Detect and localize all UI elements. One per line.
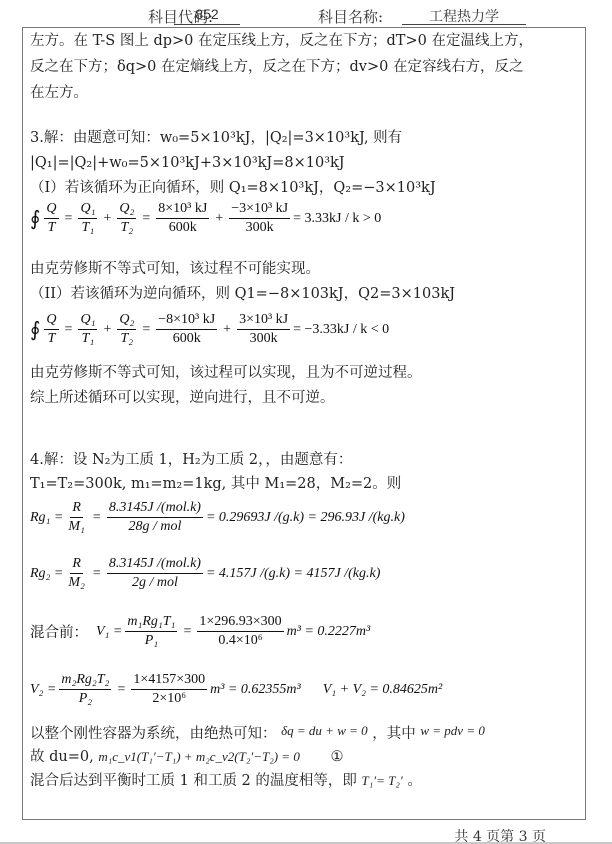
subject-name-value: 工程热力学 [402,6,526,25]
equilibrium-end: 。 [407,773,422,789]
frac-num: m₁Rg₁T₁ [125,614,177,632]
subject-code-value: 852 [174,6,240,25]
equation-lhs: V₁ = [96,624,122,640]
frac-den: T₁ [80,219,97,236]
frac-num: Q₂ [117,201,136,219]
frac-den: 2×10⁶ [150,690,188,707]
frac-den: 2g / mol [130,574,180,591]
q4-v1-equation: 混合前： V₁ = m₁Rg₁T₁P₁ = 1×296.93×3000.4×10… [30,614,370,649]
frac-num: 8.3145J /(mol.k) [107,556,203,574]
frac-num: Q₁ [78,201,97,219]
equation-lhs: V₂ = [30,682,56,698]
page-header: 科目代码: 852 科目名称: 工程热力学 [0,6,612,26]
equilibrium-text: 混合后达到平衡时工质 1 和工质 2 的温度相等，即 [30,773,357,789]
q4-rg1-equation: Rg₁ = RM₁ = 8.3145J /(mol.k)28g / mol = … [30,500,405,535]
q4-line-1: 4.解：设 N₂为工质 1，H₂为工质 2，，由题意有： [30,451,352,469]
work-equation: w = pdv = 0 [420,723,485,738]
frac-den: 600k [167,219,199,236]
frac-num: 1×4157×300 [131,672,207,690]
q3-line-2: |Q₁|=|Q₂|+w₀=5×10³kJ+3×10³kJ=8×10³kJ [30,154,345,172]
q3-line-4: （II）若该循环为逆向循环，则 Q1=−8×103kJ，Q2=3×103kJ [30,285,455,303]
equation-result: m³ = 0.62355m³ [210,682,301,698]
frac-den: M₂ [66,574,87,591]
frac-den: T₂ [119,219,136,236]
q4-equilibrium-line: 混合后达到平衡时工质 1 和工质 2 的温度相等，即 T₁′= T₂′ 。 [30,772,422,790]
frac-den: 600k [171,330,203,347]
energy-prefix: 故 du=0, [30,749,94,765]
equation-number-1: ① [330,749,343,765]
frac-num: 3×10³ kJ [237,312,290,330]
frac-num: m₂Rg₂T₂ [59,672,111,690]
q3-conclusion-2: 由克劳修斯不等式可知，该过程可以实现，且为不可逆过程。 [30,364,422,382]
frac-num: −3×10³ kJ [229,201,290,219]
frac-den: M₁ [66,518,87,535]
frac-den: 300k [248,330,280,347]
q4-energy-line: 故 du=0, m₁c_v1(T₁′−T₁) + m₂c_v2(T₂′−T₂) … [30,748,343,766]
frac-den: P₁ [143,632,160,649]
frac-num: 8×10³ kJ [156,201,209,219]
frac-num: Q [44,312,58,330]
equation-result: = −3.33kJ / k < 0 [293,322,389,338]
equation-result: = 3.33kJ / k > 0 [293,211,381,227]
energy-equation: m₁c_v1(T₁′−T₁) + m₂c_v2(T₂′−T₂) = 0 [98,749,300,764]
frac-num: R [70,500,83,518]
frac-den: 300k [244,219,276,236]
q3-equation-2: ∮ QT = Q₁T₁ + Q₂T₂ = −8×10³ kJ600k + 3×1… [30,312,389,347]
equation-result: = 4.157J /(g.k) = 4157J /(kg.k) [206,566,380,582]
equation-prefix: 混合前： [30,621,88,642]
frac-num: Q₂ [117,312,136,330]
frac-num: Q [44,201,58,219]
intro-line-1: 左方。在 T-S 图上 dp>0 在定压线上方，反之在下方；dT>0 在定温线上… [30,32,533,50]
equilibrium-equation: T₁′= T₂′ [362,773,403,788]
frac-den: T [46,219,58,236]
equation-lhs: Rg₂ = [30,566,63,582]
q4-system-line: 以整个刚性容器为系统，由绝热可知： δq = du + w = 0 ，其中 w … [30,722,485,743]
equation-result: m³ = 0.2227m³ [287,624,371,640]
q4-line-2: T₁=T₂=300k, m₁=m₂=1kg, 其中 M₁=28，M₂=2。则 [30,475,401,493]
q3-equation-1: ∮ QT = Q₁T₁ + Q₂T₂ = 8×10³ kJ600k + −3×1… [30,201,381,236]
q4-v2-equation: V₂ = m₂Rg₂T₂P₂ = 1×4157×3002×10⁶ m³ = 0.… [30,672,442,707]
frac-den: T₂ [119,330,136,347]
frac-den: T [46,330,58,347]
subject-name-label: 科目名称: [318,6,383,27]
frac-num: −8×10³ kJ [156,312,217,330]
frac-den: T₁ [80,330,97,347]
frac-num: Q₁ [78,312,97,330]
contour-integral-icon: ∮ [30,206,40,231]
system-mid-text: ，其中 [372,726,416,742]
equation-result: = 0.29693J /(g.k) = 296.93J /(kg.k) [206,510,405,526]
contour-integral-icon: ∮ [30,317,40,342]
q3-line-3: （I）若该循环为正向循环，则 Q₁=8×10³kJ，Q₂=−3×10³kJ [30,179,436,197]
volume-sum: V₁ + V₂ = 0.84625m² [323,682,443,698]
adiabatic-equation: δq = du + w = 0 [281,723,368,738]
frac-den: 28g / mol [126,518,183,535]
frac-den: 0.4×10⁶ [216,632,264,649]
frac-num: R [70,556,83,574]
frac-num: 1×296.93×300 [197,614,283,632]
q3-summary: 综上所述循环可以实现，逆向进行，且不可逆。 [30,389,335,407]
q4-rg2-equation: Rg₂ = RM₂ = 8.3145J /(mol.k)2g / mol = 4… [30,556,380,591]
q3-line-1: 3.解：由题意可知：w₀=5×10³kJ，|Q₂|=3×10³kJ, 则有 [30,129,402,147]
equation-lhs: Rg₁ = [30,510,63,526]
q3-conclusion-1: 由克劳修斯不等式可知，该过程不可能实现。 [30,260,320,278]
system-text: 以整个刚性容器为系统，由绝热可知： [30,726,277,742]
frac-den: P₂ [77,690,94,707]
intro-line-3: 在左方。 [30,84,88,102]
frac-num: 8.3145J /(mol.k) [107,500,203,518]
intro-line-2: 反之在下方；δq>0 在定熵线上方，反之在下方；dv>0 在定容线右方，反之 [30,58,523,76]
